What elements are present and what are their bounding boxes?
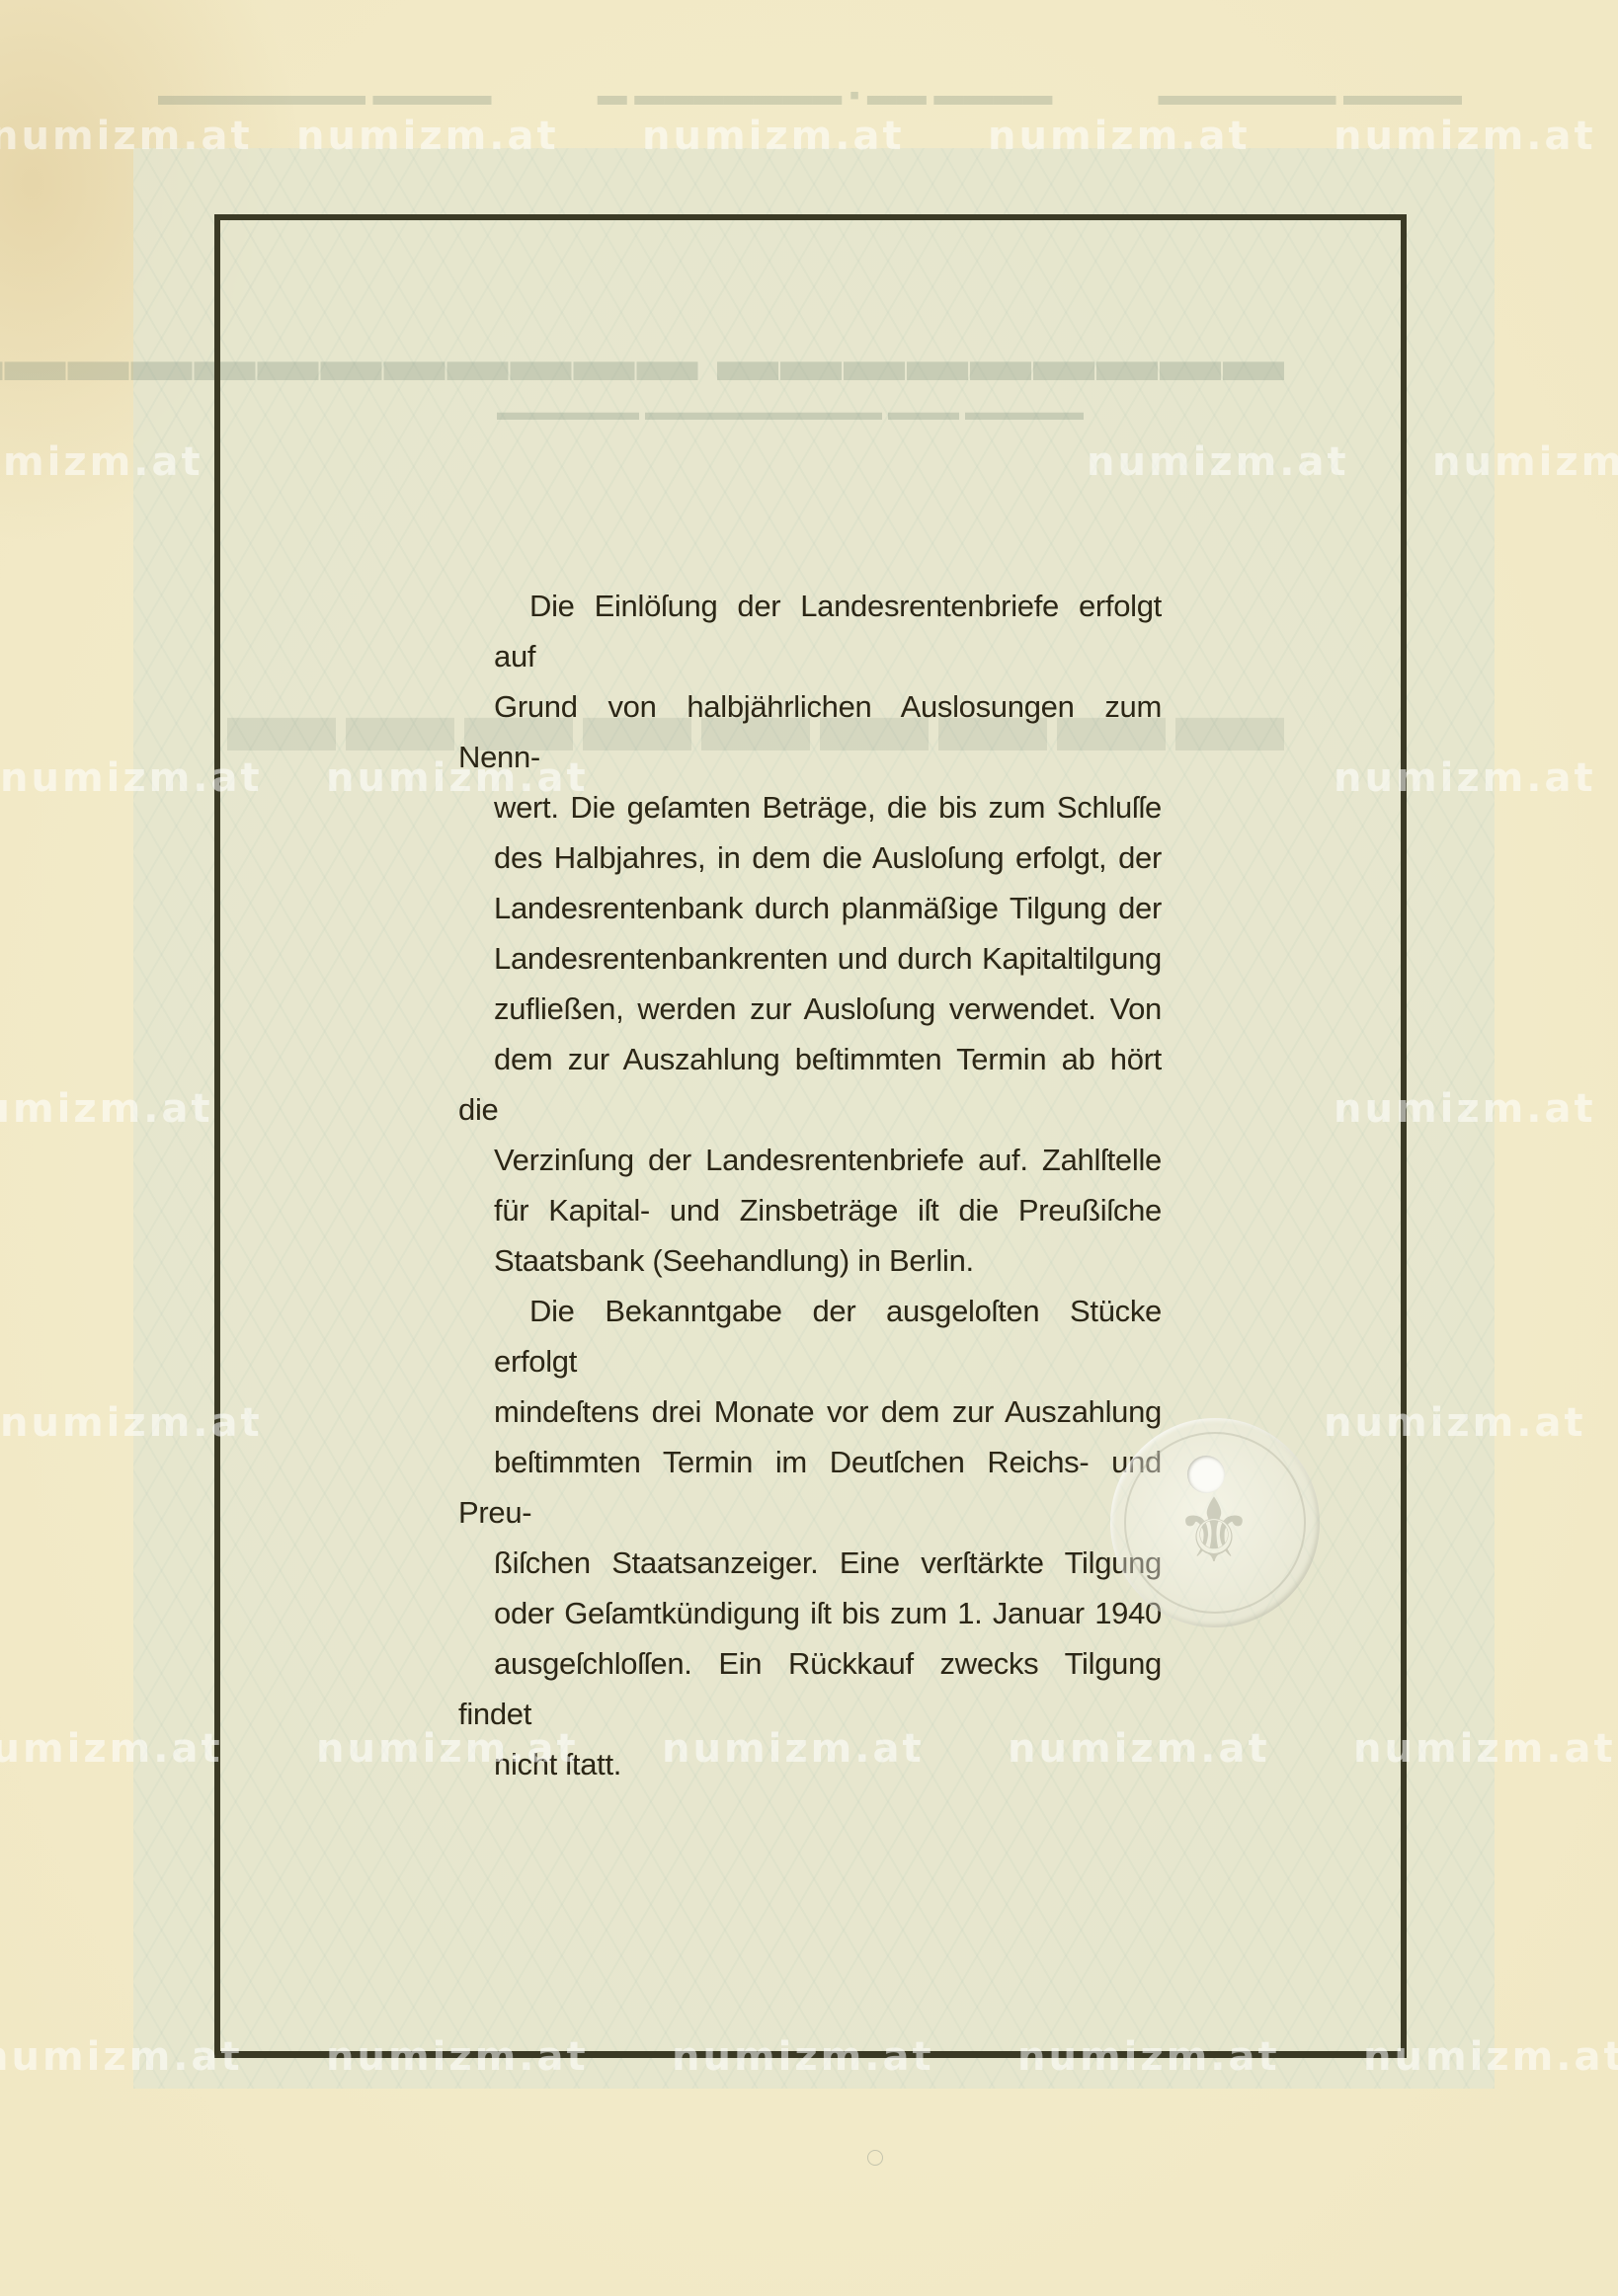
text-line: ßiſchen Staatsanzeiger. Eine verſtärkte … <box>458 1538 1162 1588</box>
text-line: dem zur Auszahlung beſtimmten Termin ab … <box>458 1034 1162 1135</box>
watermark: numizm.at <box>1432 439 1618 485</box>
text-line: zufließen, werden zur Ausloſung verwende… <box>458 984 1162 1034</box>
watermark: numizm.at <box>0 755 263 801</box>
watermark: numizm.at <box>1334 755 1596 801</box>
text-line: für Kapital- und Zinsbeträge iſt die Pre… <box>458 1185 1162 1235</box>
text-line: Staatsbank (Seehandlung) in Berlin. <box>458 1235 1162 1286</box>
watermark: numizm.at <box>0 2034 243 2080</box>
text-line: ausgeſchloſſen. Ein Rückkauf zwecks Tilg… <box>458 1638 1162 1739</box>
watermark: numizm.at <box>672 2034 934 2080</box>
watermark: numizm.at <box>662 1726 925 1772</box>
watermark: numizm.at <box>1087 439 1349 485</box>
watermark: numizm.at <box>988 114 1251 159</box>
watermark: numizm.at <box>0 114 253 159</box>
paragraph-announcement: Die Bekanntgabe der ausgeloſten Stücke e… <box>458 1286 1162 1789</box>
watermark: numizm.at <box>1324 1400 1586 1446</box>
watermark: numizm.at <box>316 1726 579 1772</box>
text-line: oder Geſamtkündigung iſt bis zum 1. Janu… <box>458 1588 1162 1638</box>
text-line: mindeſtens drei Monate vor dem zur Ausza… <box>458 1386 1162 1437</box>
text-line: Die Bekanntgabe der ausgeloſten Stücke e… <box>458 1286 1162 1386</box>
printer-mark-icon <box>867 2150 883 2166</box>
watermark: numizm.at <box>1334 114 1596 159</box>
punch-hole <box>1187 1456 1225 1493</box>
watermark: numizm.at <box>326 2034 589 2080</box>
text-line: beſtimmten Termin im Deutſchen Reichs- u… <box>458 1437 1162 1538</box>
text-line: des Halbjahres, in dem die Ausloſung erf… <box>458 832 1162 883</box>
watermark: numizm.at <box>0 1086 213 1132</box>
watermark: numizm.at <box>1008 1726 1270 1772</box>
watermark: numizm.at <box>296 114 559 159</box>
watermark: numizm.at <box>326 755 589 801</box>
paragraph-redemption: Die Einlöſung der Landesrentenbriefe erf… <box>458 581 1162 1286</box>
text-line: Die Einlöſung der Landesrentenbriefe erf… <box>458 581 1162 681</box>
embossed-seal: ⚜ <box>1110 1418 1320 1627</box>
bleed-through-header: ▬▬▬▬ ▬▬▬▬▬▬▬▬▬▬ ▬▬ ▪ ▬▬▬▬▬▬▬ ▬▬▬▬▬ ▬▬▬▬▬… <box>158 79 1462 113</box>
text-line: Verzinſung der Landesrentenbriefe auf. Z… <box>458 1135 1162 1185</box>
watermark: numizm.at <box>642 114 905 159</box>
watermark: numizm.at <box>0 1400 263 1446</box>
watermark: numizm.at <box>1017 2034 1280 2080</box>
watermark: numizm.at <box>1353 1726 1616 1772</box>
watermark: numizm.at <box>0 439 203 485</box>
eagle-icon: ⚜ <box>1165 1477 1263 1586</box>
watermark: numizm.at <box>1363 2034 1618 2080</box>
watermark: numizm.at <box>1334 1086 1596 1132</box>
watermark: numizm.at <box>0 1726 223 1772</box>
text-line: Landesrentenbankrenten und durch Kapital… <box>458 933 1162 984</box>
text-line: Landesrentenbank durch planmäßige Tilgun… <box>458 883 1162 933</box>
